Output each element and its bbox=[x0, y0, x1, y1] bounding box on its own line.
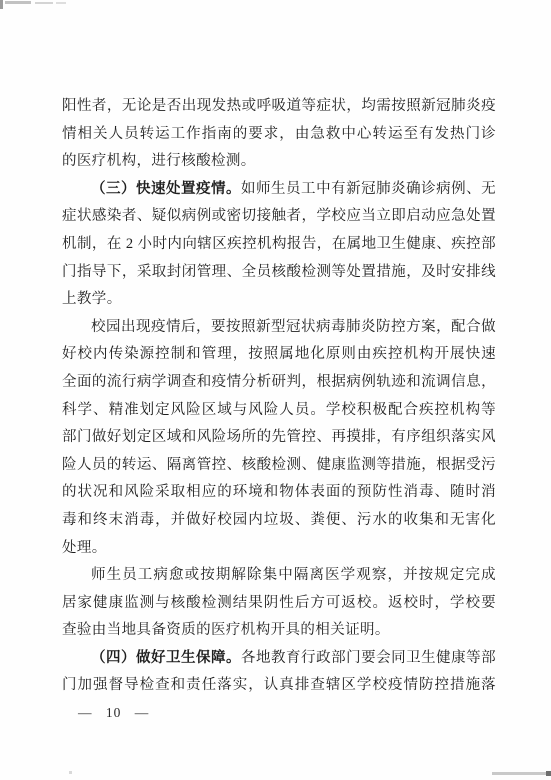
text-line: 门加强督导检查和责任落实，认真排查辖区学校疫情防控措施落 bbox=[62, 672, 496, 700]
scan-artifact-bottom-right bbox=[546, 771, 551, 776]
scan-artifact-speck bbox=[69, 771, 72, 774]
text-run: 各地教育行政部门要会同卫生健康等部 bbox=[241, 650, 496, 666]
scan-artifact-top-left bbox=[0, 0, 3, 9]
text-line: （三）快速处置疫情。如师生员工中有新冠肺炎确诊病例、无 bbox=[62, 176, 496, 204]
text-line: （四）做好卫生保障。各地教育行政部门要会同卫生健康等部 bbox=[62, 645, 496, 673]
text-line: 上教学。 bbox=[62, 286, 496, 314]
document-page: 阳性者，无论是否出现发热或呼吸道等症状，均需按照新冠肺炎疫 情相关人员转运工作指… bbox=[0, 0, 551, 780]
scan-artifact-top-left bbox=[5, 1, 31, 4]
text-line: 的医疗机构，进行核酸检测。 bbox=[62, 148, 496, 176]
text-line: 处理。 bbox=[62, 535, 496, 563]
text-line: 师生员工病愈或按期解除集中隔离医学观察，并按规定完成 bbox=[62, 562, 496, 590]
text-line: 校园出现疫情后，要按照新型冠状病毒肺炎防控方案，配合做 bbox=[62, 314, 496, 342]
scan-artifact-top-left bbox=[56, 2, 66, 4]
text-run: 如师生员工中有新冠肺炎确诊病例、无 bbox=[241, 181, 496, 197]
page-number: — 10 — bbox=[78, 705, 149, 721]
document-body: 阳性者，无论是否出现发热或呼吸道等症状，均需按照新冠肺炎疫 情相关人员转运工作指… bbox=[62, 93, 496, 700]
section-heading: （三）快速处置疫情。 bbox=[91, 181, 241, 197]
text-line: 阳性者，无论是否出现发热或呼吸道等症状，均需按照新冠肺炎疫 bbox=[62, 93, 496, 121]
text-line: 毒和终末消毒，并做好校园内垃圾、粪便、污水的收集和无害化 bbox=[62, 507, 496, 535]
section-heading: （四）做好卫生保障。 bbox=[91, 650, 241, 666]
text-line: 门指导下，采取封闭管理、全员核酸检测等处置措施，及时安排线 bbox=[62, 259, 496, 287]
text-line: 症状感染者、疑似病例或密切接触者，学校应当立即启动应急处置 bbox=[62, 203, 496, 231]
text-line: 科学、精准划定风险区域与风险人员。学校积极配合疾控机构等 bbox=[62, 397, 496, 425]
text-line: 居家健康监测与核酸检测结果阴性后方可返校。返校时，学校要 bbox=[62, 590, 496, 618]
text-line: 情相关人员转运工作指南的要求，由急救中心转运至有发热门诊 bbox=[62, 121, 496, 149]
text-line: 好校内传染源控制和管理，按照属地化原则由疾控机构开展快速 bbox=[62, 341, 496, 369]
text-line: 的状况和风险采取相应的环境和物体表面的预防性消毒、随时消 bbox=[62, 479, 496, 507]
text-line: 部门做好划定区域和风险场所的先管控、再摸排，有序组织落实风 bbox=[62, 424, 496, 452]
text-line: 全面的流行病学调查和疫情分析研判，根据病例轨迹和流调信息， bbox=[62, 369, 496, 397]
scan-artifact-bottom-right bbox=[492, 772, 551, 775]
text-line: 机制，在 2 小时内向辖区疾控机构报告，在属地卫生健康、疾控部 bbox=[62, 231, 496, 259]
text-line: 查验由当地具备资质的医疗机构开具的相关证明。 bbox=[62, 617, 496, 645]
text-line: 险人员的转运、隔离管控、核酸检测、健康监测等措施，根据受污染 bbox=[62, 452, 496, 480]
scan-artifact-top-left bbox=[35, 2, 53, 4]
